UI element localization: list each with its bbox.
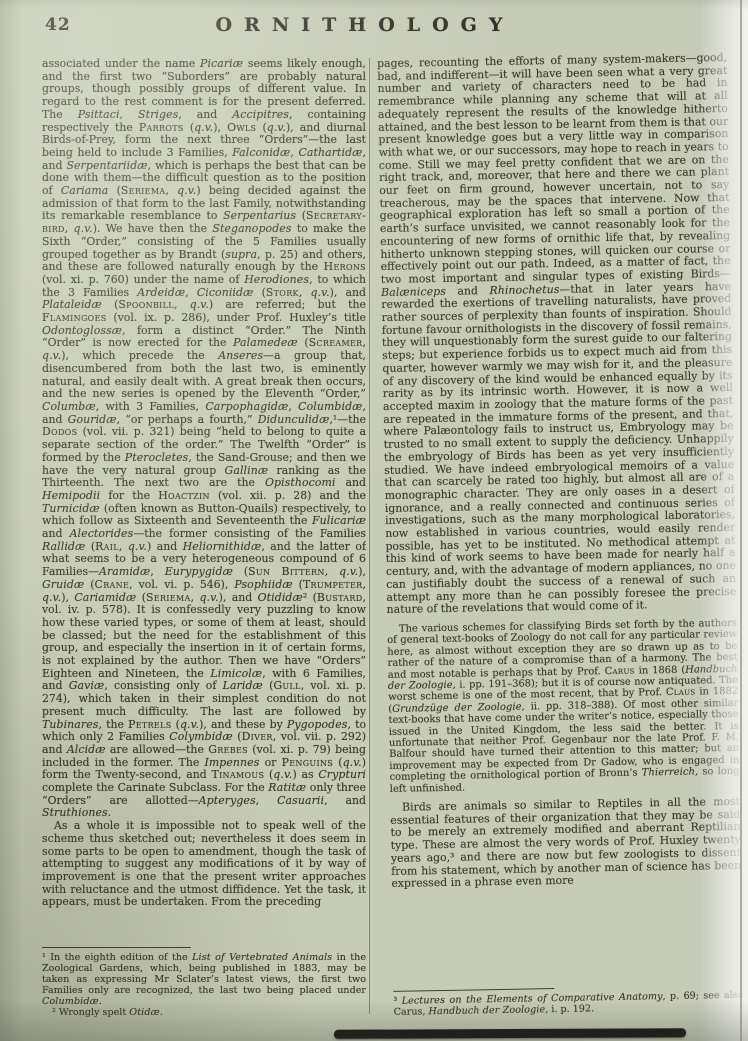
scan-bottom-book-edge (334, 1028, 686, 1039)
page-title: ORNITHOLOGY (0, 14, 718, 36)
footnote-separator (42, 947, 191, 948)
footnote-1: ¹ In the eighth edition of the List of V… (42, 952, 366, 1007)
left-paragraph-2: As a whole it is impossible not to speak… (42, 820, 366, 909)
right-small-print-paragraph: The various schemes for classifying Bird… (387, 618, 740, 795)
left-footnote-block: ¹ In the eighth edition of the List of V… (42, 941, 366, 1018)
left-paragraph-1: associated under the name Picariæ seems … (42, 58, 366, 820)
right-paragraph-2: Birds are animals so similar to Reptiles… (390, 796, 741, 891)
column-divider-rule (369, 58, 370, 1014)
scan-page-edge-line (740, 0, 742, 1041)
right-column: pages, recounting the efforts of many sy… (377, 52, 744, 1018)
footnote-separator (393, 988, 554, 992)
left-column: associated under the name Picariæ seems … (42, 58, 366, 1018)
footnote-2: ² Wrongly spelt Otidæ. (42, 1007, 366, 1018)
right-paragraph-1: pages, recounting the efforts of many sy… (377, 52, 737, 617)
right-footnote-block: ³ Lectures on the Elements of Comparativ… (393, 979, 744, 1018)
footnote-3: ³ Lectures on the Elements of Comparativ… (393, 990, 743, 1018)
